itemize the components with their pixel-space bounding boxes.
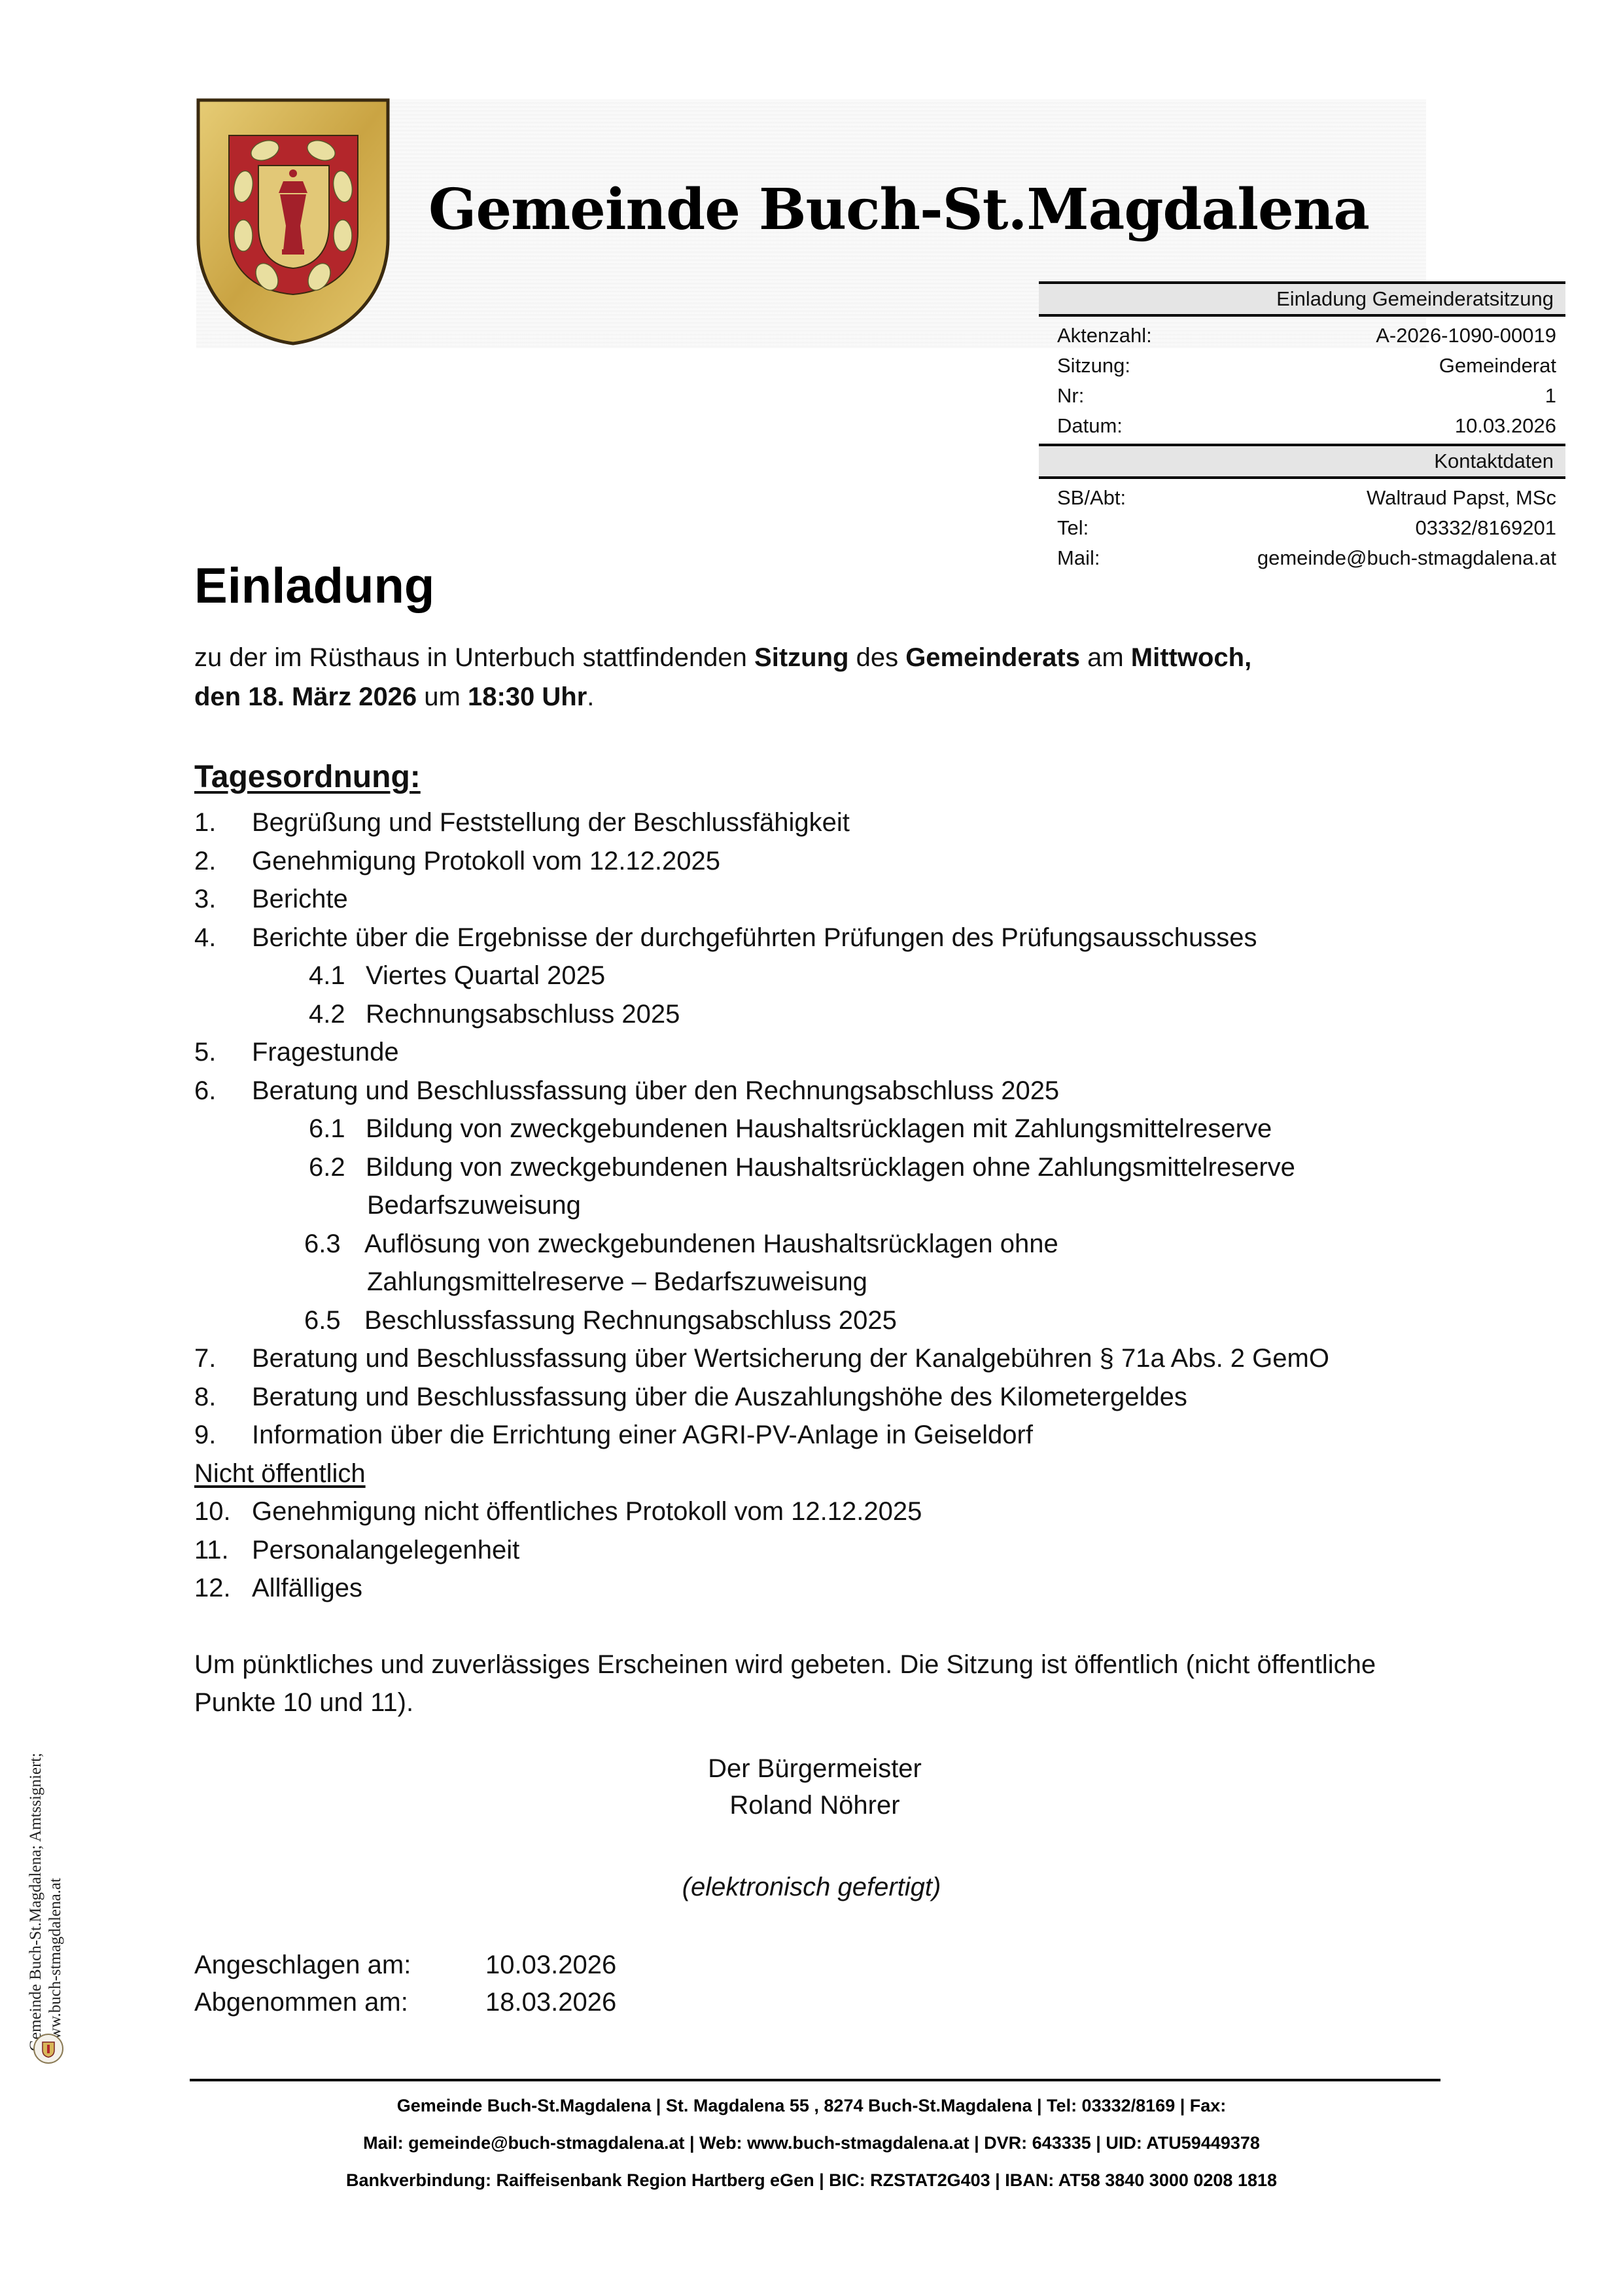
agenda-number: 6. bbox=[194, 1072, 216, 1110]
agenda-item: 11.Personalangelegenheit bbox=[194, 1531, 1437, 1570]
contact-label: SB/Abt: bbox=[1057, 483, 1126, 513]
agenda-text: Beschlussfassung Rechnungsabschluss 2025 bbox=[364, 1301, 897, 1340]
info-row-sitzung: Sitzung: Gemeinderat bbox=[1039, 351, 1565, 381]
agenda-item: 2.Genehmigung Protokoll vom 12.12.2025 bbox=[194, 842, 1437, 881]
official-signature-stamp: Gemeinde Buch-St.Magdalena; Amtssigniert… bbox=[13, 1678, 79, 2071]
info-label: Datum: bbox=[1057, 411, 1123, 441]
agenda-text: Personalangelegenheit bbox=[252, 1531, 519, 1570]
agenda-text: Fragestunde bbox=[252, 1033, 399, 1072]
agenda-item: 8.Beratung und Beschlussfassung über die… bbox=[194, 1378, 1437, 1417]
agenda-number: 6.1 bbox=[309, 1110, 345, 1148]
agenda-number: 10. bbox=[194, 1492, 231, 1531]
agenda-number: 8. bbox=[194, 1378, 216, 1417]
agenda-number: 6.2 bbox=[309, 1148, 345, 1187]
agenda-text: Viertes Quartal 2025 bbox=[366, 957, 605, 995]
agenda-subitem: 6.3Auflösung von zweckgebundenen Haushal… bbox=[194, 1225, 1437, 1263]
info-value: 1 bbox=[1545, 381, 1556, 411]
agenda-text: Zahlungsmittelreserve – Bedarfszuweisung bbox=[367, 1263, 867, 1301]
contact-value[interactable]: 03332/8169201 bbox=[1415, 513, 1556, 543]
agenda-number: 4. bbox=[194, 919, 216, 957]
signature-block: Der Bürgermeister Roland Nöhrer bbox=[0, 1750, 1623, 1824]
agenda-number: 2. bbox=[194, 842, 216, 881]
agenda-subitem: 6.1Bildung von zweckgebundenen Haushalts… bbox=[194, 1110, 1437, 1148]
stamp-line-1: Gemeinde Buch-St.Magdalena; Amtssigniert… bbox=[26, 1698, 46, 2051]
agenda-number: 6.3 bbox=[304, 1225, 341, 1263]
agenda-item: 3.Berichte bbox=[194, 880, 1437, 919]
agenda-subitem: Bedarfszuweisung bbox=[194, 1186, 1437, 1225]
footer-address: Gemeinde Buch-St.Magdalena | St. Magdale… bbox=[0, 2087, 1623, 2125]
agenda-text: Berichte über die Ergebnisse der durchge… bbox=[252, 919, 1257, 957]
agenda-text: Begrüßung und Feststellung der Beschluss… bbox=[252, 804, 850, 842]
agenda-number: 6.5 bbox=[304, 1301, 341, 1340]
agenda-text: Beratung und Beschlussfassung über den R… bbox=[252, 1072, 1059, 1110]
page-title: Einladung bbox=[194, 557, 434, 614]
agenda-heading: Tagesordnung: bbox=[194, 759, 421, 795]
agenda-subitem: 6.5Beschlussfassung Rechnungsabschluss 2… bbox=[194, 1301, 1437, 1340]
contact-email-link[interactable]: gemeinde@buch-stmagdalena.at bbox=[1257, 543, 1556, 573]
contact-label: Mail: bbox=[1057, 543, 1100, 573]
info-label: Aktenzahl: bbox=[1057, 321, 1152, 351]
footer: Gemeinde Buch-St.Magdalena | St. Magdale… bbox=[0, 2087, 1623, 2199]
contact-row-tel: Tel: 03332/8169201 bbox=[1039, 513, 1565, 543]
agenda-text: Berichte bbox=[252, 880, 348, 919]
footer-bank: Bankverbindung: Raiffeisenbank Region Ha… bbox=[0, 2162, 1623, 2199]
organization-name: Gemeinde Buch-St.Magdalena bbox=[428, 177, 1369, 243]
agenda-item: 4.Berichte über die Ergebnisse der durch… bbox=[194, 919, 1437, 957]
info-row-datum: Datum: 10.03.2026 bbox=[1039, 411, 1565, 441]
agenda-number: 5. bbox=[194, 1033, 216, 1072]
agenda-text: Rechnungsabschluss 2025 bbox=[366, 995, 680, 1034]
contact-row-sb: SB/Abt: Waltraud Papst, MSc bbox=[1039, 483, 1565, 513]
document-page: Gemeinde Buch-St.Magdalena Einladung Gem… bbox=[0, 0, 1623, 2296]
document-info-table: Einladung Gemeinderatsitzung Aktenzahl: … bbox=[1039, 281, 1565, 576]
signature-role: Der Bürgermeister bbox=[3, 1750, 1623, 1787]
contact-label: Tel: bbox=[1057, 513, 1089, 543]
info-label: Sitzung: bbox=[1057, 351, 1130, 381]
info-value: Gemeinderat bbox=[1439, 351, 1556, 381]
contact-section-title: Kontaktdaten bbox=[1039, 444, 1565, 479]
agenda-text: Genehmigung nicht öffentliches Protokoll… bbox=[252, 1492, 922, 1531]
info-label: Nr: bbox=[1057, 381, 1084, 411]
info-table-title: Einladung Gemeinderatsitzung bbox=[1039, 281, 1565, 317]
agenda-item: 12.Allfälliges bbox=[194, 1569, 1437, 1608]
agenda-text: Beratung und Beschlussfassung über Werts… bbox=[252, 1339, 1329, 1378]
agenda-item: 1.Begrüßung und Feststellung der Beschlu… bbox=[194, 804, 1437, 842]
agenda-number: 11. bbox=[194, 1531, 229, 1570]
agenda-section-text: Nicht öffentlich bbox=[194, 1459, 366, 1488]
agenda-subitem: 4.1Viertes Quartal 2025 bbox=[194, 957, 1437, 995]
coat-of-arms-icon bbox=[193, 95, 393, 347]
info-value: A-2026-1090-00019 bbox=[1376, 321, 1556, 351]
amtssignatur-seal-icon bbox=[33, 2033, 64, 2064]
contact-value: Waltraud Papst, MSc bbox=[1367, 483, 1556, 513]
posting-row-posted: Angeschlagen am: 10.03.2026 bbox=[194, 1947, 718, 1984]
agenda-item: 6.Beratung und Beschlussfassung über den… bbox=[194, 1072, 1437, 1110]
stamp-line-2: www.buch-stmagdalena.at bbox=[46, 1698, 65, 2051]
agenda-text: Information über die Errichtung einer AG… bbox=[252, 1416, 1033, 1455]
agenda-text: Auflösung von zweckgebundenen Haushaltsr… bbox=[364, 1225, 1058, 1263]
contact-row-mail: Mail: gemeinde@buch-stmagdalena.at bbox=[1039, 543, 1565, 573]
agenda-section-label: Nicht öffentlich bbox=[194, 1455, 1437, 1493]
agenda-text: Genehmigung Protokoll vom 12.12.2025 bbox=[252, 842, 720, 881]
agenda-text: Bildung von zweckgebundenen Haushaltsrüc… bbox=[366, 1148, 1295, 1187]
agenda-item: 9.Information über die Errichtung einer … bbox=[194, 1416, 1437, 1455]
agenda-text: Beratung und Beschlussfassung über die A… bbox=[252, 1378, 1187, 1417]
agenda-item: 10.Genehmigung nicht öffentliches Protok… bbox=[194, 1492, 1437, 1531]
info-row-aktenzahl: Aktenzahl: A-2026-1090-00019 bbox=[1039, 321, 1565, 351]
footer-divider bbox=[190, 2079, 1440, 2081]
agenda-number: 4.1 bbox=[309, 957, 345, 995]
agenda-number: 4.2 bbox=[309, 995, 345, 1034]
posting-row-removed: Abgenommen am: 18.03.2026 bbox=[194, 1984, 718, 2021]
signature-note: (elektronisch gefertigt) bbox=[0, 1873, 1623, 1902]
agenda-number: 1. bbox=[194, 804, 216, 842]
agenda-list: 1.Begrüßung und Feststellung der Beschlu… bbox=[194, 804, 1437, 1608]
agenda-number: 9. bbox=[194, 1416, 216, 1455]
agenda-text: Bedarfszuweisung bbox=[367, 1186, 581, 1225]
agenda-number: 12. bbox=[194, 1569, 231, 1608]
invitation-intro: zu der im Rüsthaus in Unterbuch stattfin… bbox=[194, 638, 1437, 716]
signature-name: Roland Nöhrer bbox=[3, 1787, 1623, 1824]
agenda-item: 5.Fragestunde bbox=[194, 1033, 1437, 1072]
agenda-subitem: 4.2Rechnungsabschluss 2025 bbox=[194, 995, 1437, 1034]
agenda-number: 7. bbox=[194, 1339, 216, 1378]
agenda-number: 3. bbox=[194, 880, 216, 919]
agenda-item: 7.Beratung und Beschlussfassung über Wer… bbox=[194, 1339, 1437, 1378]
agenda-text: Allfälliges bbox=[252, 1569, 362, 1608]
closing-text: Um pünktliches und zuverlässiges Erschei… bbox=[194, 1646, 1437, 1722]
agenda-subitem: Zahlungsmittelreserve – Bedarfszuweisung bbox=[194, 1263, 1437, 1301]
info-row-nr: Nr: 1 bbox=[1039, 381, 1565, 411]
posting-dates: Angeschlagen am: 10.03.2026 Abgenommen a… bbox=[194, 1947, 718, 2021]
footer-contact: Mail: gemeinde@buch-stmagdalena.at | Web… bbox=[0, 2125, 1623, 2162]
info-value: 10.03.2026 bbox=[1455, 411, 1556, 441]
agenda-subitem: 6.2Bildung von zweckgebundenen Haushalts… bbox=[194, 1148, 1437, 1187]
agenda-text: Bildung von zweckgebundenen Haushaltsrüc… bbox=[366, 1110, 1272, 1148]
